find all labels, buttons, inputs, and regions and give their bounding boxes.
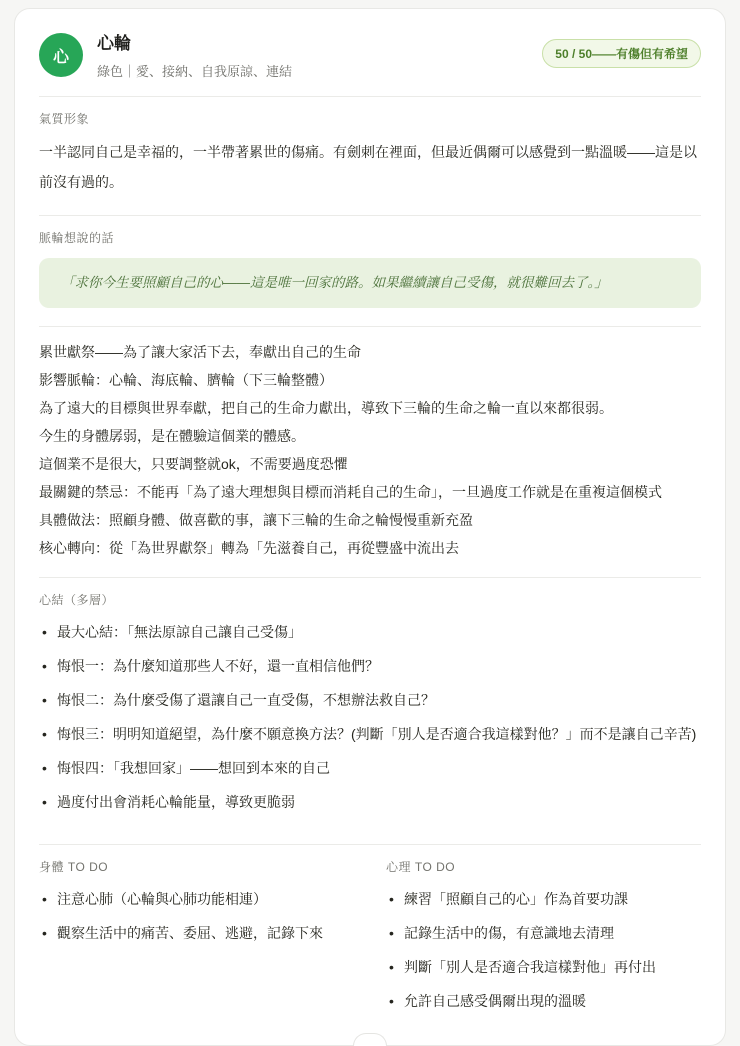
karma-line: 影響脈輪：心輪、海底輪、臍輪（下三輪整體）	[39, 366, 701, 394]
section-knots: 心結（多層） 最大心結：「無法原諒自己讓自己受傷」 悔恨一：為什麼知道那些人不好…	[39, 577, 701, 844]
list-item: 觀察生活中的痛苦、委屈、逃避，記錄下來	[39, 923, 370, 943]
page-subtitle: 綠色｜愛、接納、自我原諒、連結	[97, 61, 542, 80]
karma-line: 今生的身體孱弱，是在體驗這個業的體感。	[39, 422, 701, 450]
karma-line: 為了遠大的目標與世界奉獻，把自己的生命力獻出，導致下三輪的生命之輪一直以來都很弱…	[39, 394, 701, 422]
body-todo-label: 身體 TO DO	[39, 858, 370, 875]
section-chakra-words: 脈輪想說的話 「求你今生要照顧自己的心——這是唯一回家的路。如果繼續讓自己受傷，…	[39, 215, 701, 326]
chakra-words-label: 脈輪想說的話	[39, 229, 701, 246]
score-badge: 50 / 50——有傷但有希望	[542, 39, 701, 68]
chakra-quote-text: 「求你今生要照顧自己的心——這是唯一回家的路。如果繼續讓自己受傷，就很難回去了。…	[61, 272, 679, 294]
karma-line: 核心轉向：從「為世界獻祭」轉為「先滋養自己，再從豐盛中流出去	[39, 534, 701, 562]
card-header: 心 心輪 綠色｜愛、接納、自我原諒、連結 50 / 50——有傷但有希望	[39, 33, 701, 96]
list-item: 悔恨一：為什麼知道那些人不好，還一直相信他們？	[39, 656, 701, 676]
knots-label: 心結（多層）	[39, 591, 701, 608]
list-item: 悔恨二：為什麼受傷了還讓自己一直受傷，不想辦法救自己？	[39, 690, 701, 710]
chakra-card: 心 心輪 綠色｜愛、接納、自我原諒、連結 50 / 50——有傷但有希望 氣質形…	[14, 8, 726, 1046]
avatar-glyph: 心	[53, 44, 69, 67]
karma-line: 具體做法：照顧身體、做喜歡的事，讓下三輪的生命之輪慢慢重新充盈	[39, 506, 701, 534]
chakra-quote-box: 「求你今生要照顧自己的心——這是唯一回家的路。如果繼續讓自己受傷，就很難回去了。…	[39, 258, 701, 308]
list-item: 記錄生活中的傷，有意識地去清理	[386, 923, 701, 943]
list-item: 練習「照顧自己的心」作為首要功課	[386, 889, 701, 909]
list-item: 悔恨三：明明知道絕望，為什麼不願意換方法？(判斷「別人是否適合我這樣對他？」而不…	[39, 724, 701, 744]
list-item: 注意心肺（心輪與心肺功能相連）	[39, 889, 370, 909]
section-karma: 累世獻祭——為了讓大家活下去，奉獻出自己的生命 影響脈輪：心輪、海底輪、臍輪（下…	[39, 326, 701, 577]
title-block: 心輪 綠色｜愛、接納、自我原諒、連結	[97, 33, 542, 80]
section-todo: 身體 TO DO 注意心肺（心輪與心肺功能相連） 觀察生活中的痛苦、委屈、逃避，…	[39, 844, 701, 1025]
karma-line: 這個業不是很大，只要調整就ok，不需要過度恐懼	[39, 450, 701, 478]
mind-todo-column: 心理 TO DO 練習「照顧自己的心」作為首要功課 記錄生活中的傷，有意識地去清…	[370, 858, 701, 1025]
list-item: 允許自己感受偶爾出現的溫暖	[386, 991, 701, 1011]
temperament-text: 一半認同自己是幸福的，一半帶著累世的傷痛。有劍刺在裡面，但最近偶爾可以感覺到一點…	[39, 137, 701, 197]
body-todo-column: 身體 TO DO 注意心肺（心輪與心肺功能相連） 觀察生活中的痛苦、委屈、逃避，…	[39, 858, 370, 1025]
knots-list: 最大心結：「無法原諒自己讓自己受傷」 悔恨一：為什麼知道那些人不好，還一直相信他…	[39, 622, 701, 812]
mind-todo-label: 心理 TO DO	[386, 858, 701, 875]
karma-line: 最關鍵的禁忌：不能再「為了遠大理想與目標而消耗自己的生命」，一旦過度工作就是在重…	[39, 478, 701, 506]
list-item: 悔恨四：「我想回家」——想回到本來的自己	[39, 758, 701, 778]
list-item: 最大心結：「無法原諒自己讓自己受傷」	[39, 622, 701, 642]
page-title: 心輪	[97, 33, 542, 56]
list-item: 判斷「別人是否適合我這樣對他」再付出	[386, 957, 701, 977]
heart-chakra-icon: 心	[39, 33, 83, 77]
collapse-handle[interactable]	[353, 1033, 387, 1046]
section-temperament: 氣質形象 一半認同自己是幸福的，一半帶著累世的傷痛。有劍刺在裡面，但最近偶爾可以…	[39, 96, 701, 215]
list-item: 過度付出會消耗心輪能量，導致更脆弱	[39, 792, 701, 812]
body-todo-list: 注意心肺（心輪與心肺功能相連） 觀察生活中的痛苦、委屈、逃避，記錄下來	[39, 889, 370, 943]
karma-line: 累世獻祭——為了讓大家活下去，奉獻出自己的生命	[39, 338, 701, 366]
mind-todo-list: 練習「照顧自己的心」作為首要功課 記錄生活中的傷，有意識地去清理 判斷「別人是否…	[386, 889, 701, 1011]
temperament-label: 氣質形象	[39, 110, 701, 127]
